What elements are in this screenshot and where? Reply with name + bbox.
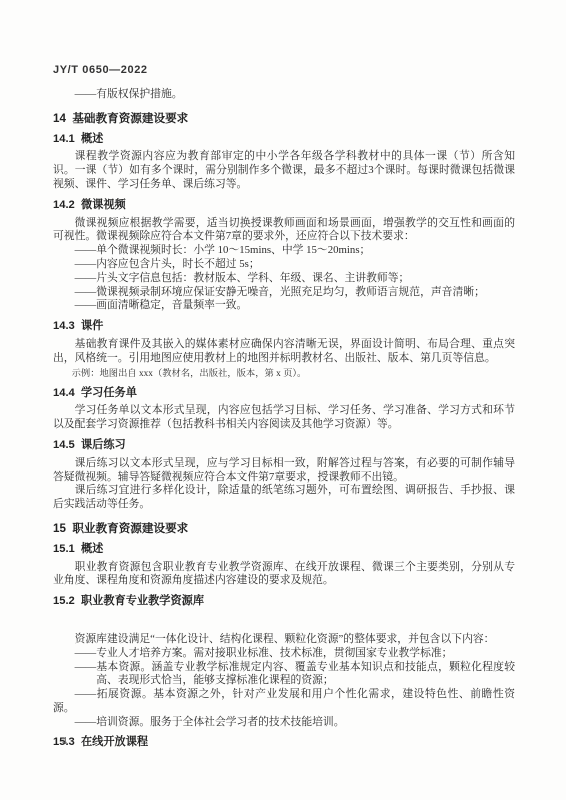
paragraph: 资源库建设满足“一体化设计、结构化课程、颗粒化资源”的整体要求，并包含以下内容： (53, 633, 515, 647)
dash-list-item: ——有版权保护措施。 (53, 88, 515, 102)
section-heading: 14.5 课后练习 (53, 439, 515, 453)
dash-list-item: ——画面清晰稳定，音量频率一致。 (53, 299, 515, 313)
example-note: 示例：地图出自 xxx（教材名，出版社，版本，第 x 页）。 (53, 368, 515, 380)
paragraph: 职业教育资源包含职业教育专业教学资源库、在线开放课程、微课三个主要类别，分别从专… (53, 561, 515, 589)
section-heading: 14.3 课件 (53, 320, 515, 334)
section-heading: 15.3 在线开放课程 (53, 736, 515, 750)
dash-list-item: ——专业人才培养方案。需对接职业标准、技术标准，贯彻国家专业教学标准； (53, 647, 515, 661)
dash-list-item: ——内容应包含片头，时长不超过 5s； (53, 258, 515, 272)
section-heading: 14.2 微课视频 (53, 199, 515, 213)
dash-list-item: ——基本资源。涵盖专业教学标准规定内容、覆盖专业基本知识点和技能点，颗粒化程度较… (53, 661, 515, 689)
paragraph: 课程教学资源内容应为教育部审定的中小学各年级各学科教材中的具体一课（节）所含知识… (53, 150, 515, 191)
document-page: JY/T 0650—2022 ——有版权保护措施。14 基础教育资源建设要求14… (0, 0, 566, 800)
paragraph: 课后练习以文本形式呈现，应与学习目标相一致，附解答过程与答案，有必要的可制作辅导… (53, 457, 515, 485)
section-heading: 14.1 概述 (53, 133, 515, 147)
paragraph: 学习任务单以文本形式呈现，内容应包括学习目标、学习任务、学习准备、学习方式和环节… (53, 404, 515, 432)
document-body: ——有版权保护措施。14 基础教育资源建设要求14.1 概述课程教学资源内容应为… (53, 88, 515, 754)
dash-list-item: ——单个微课视频时长：小学 10～15mins、中学 15～20mins； (53, 244, 515, 258)
section-heading: 15.2 职业教育专业教学资源库 (53, 595, 515, 609)
paragraph: 微课视频应根据教学需要，适当切换授课教师画面和场景画面，增强教学的交互性和画面的… (53, 217, 515, 245)
dash-list-item: ——片头文字信息包括：教材版本、学科、年级、课名、主讲教师等； (53, 272, 515, 286)
section-heading: 14.4 学习任务单 (53, 387, 515, 401)
page-number: 4 (62, 736, 67, 747)
chapter-heading: 14 基础教育资源建设要求 (53, 112, 515, 126)
dash-list-item: ——培训资源。服务于全体社会学习者的技术技能培训。 (53, 716, 515, 730)
paragraph: 基础教育课件及其嵌入的媒体素材应确保内容清晰无误，界面设计简明、布局合理、重点突… (53, 338, 515, 366)
dash-list-item: ——拓展资源。基本资源之外，针对产业发展和用户个性化需求，建设特色性、前瞻性资源… (53, 688, 515, 716)
dash-list-item: ——微课视频录制环境应保证安静无噪音，光照充足均匀，教师语言规范，声音清晰； (53, 286, 515, 300)
paragraph: 课后练习宜进行多样化设计，除适量的纸笔练习题外，可布置绘图、调研报告、手抄报、课… (53, 484, 515, 512)
section-heading: 15.1 概述 (53, 543, 515, 557)
chapter-heading: 15 职业教育资源建设要求 (53, 522, 515, 536)
document-code-header: JY/T 0650—2022 (53, 64, 148, 76)
